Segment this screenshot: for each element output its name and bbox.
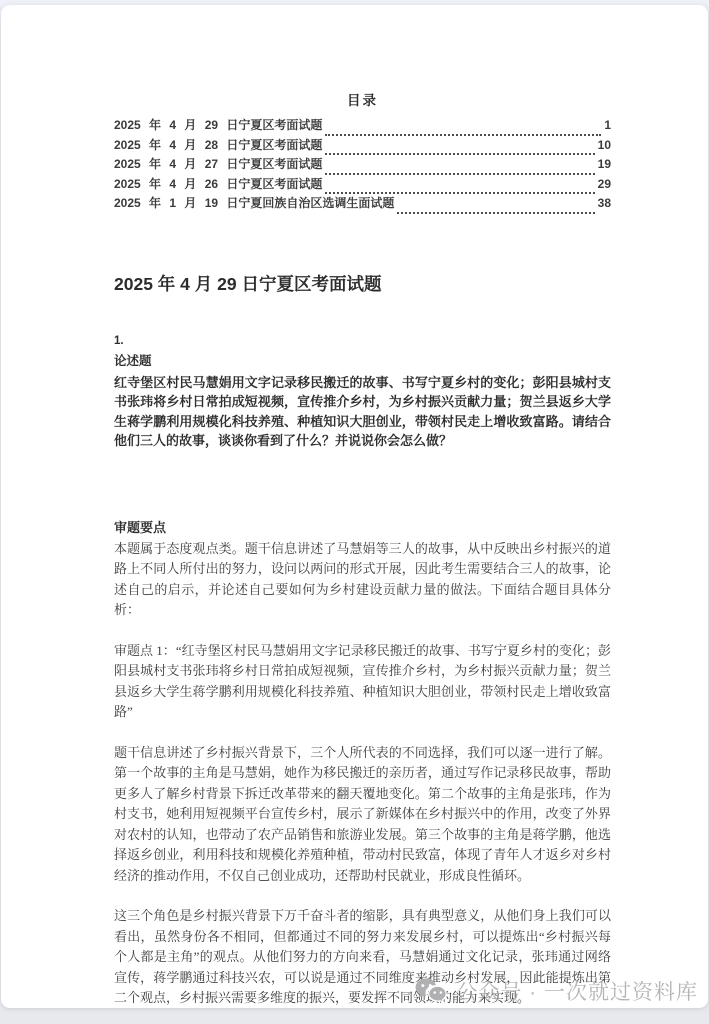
analysis-point-1: 审题点 1：“红寺堡区村民马慧娟用文字记录移民搬迁的故事、书写宁夏乡村的变化；彭… <box>114 641 611 723</box>
analysis-heading: 审题要点 <box>114 519 611 537</box>
toc-heading: 目录 <box>114 89 611 109</box>
toc-dot-leader <box>325 138 594 155</box>
toc-page-number: 19 <box>598 155 611 175</box>
table-of-contents: 目录 2025 年 4 月 29 日宁夏区考面试题 1 2025 年 4 月 2… <box>114 89 611 214</box>
toc-entry-label: 2025 年 4 月 29 日宁夏区考面试题 <box>114 116 322 136</box>
toc-page-number: 10 <box>598 136 611 156</box>
question-text: 红寺堡区村民马慧娟用文字记录移民搬迁的故事、书写宁夏乡村的变化；彭阳县城村支书张… <box>114 373 611 451</box>
footer-text: 公众号 · 一次就过资料库 <box>456 976 698 1006</box>
document-page: 目录 2025 年 4 月 29 日宁夏区考面试题 1 2025 年 4 月 2… <box>1 5 708 1008</box>
toc-entry-label: 2025 年 4 月 27 日宁夏区考面试题 <box>114 155 322 175</box>
toc-dot-leader <box>325 177 594 194</box>
toc-dot-leader <box>325 119 601 136</box>
toc-page-number: 38 <box>598 194 611 214</box>
toc-dot-leader <box>325 158 594 175</box>
section-title: 2025 年 4 月 29 日宁夏区考面试题 <box>114 272 611 296</box>
toc-page-number: 1 <box>604 116 611 136</box>
toc-entry: 2025 年 4 月 27 日宁夏区考面试题 19 <box>114 155 611 175</box>
question-type-label: 论述题 <box>114 353 611 370</box>
toc-entry-label: 2025 年 4 月 28 日宁夏区考面试题 <box>114 136 322 156</box>
toc-entry: 2025 年 4 月 26 日宁夏区考面试题 29 <box>114 175 611 195</box>
toc-entry-label: 2025 年 4 月 26 日宁夏区考面试题 <box>114 175 322 195</box>
toc-entry: 2025 年 1 月 19 日宁夏回族自治区选调生面试题 38 <box>114 194 611 214</box>
toc-entry: 2025 年 4 月 29 日宁夏区考面试题 1 <box>114 116 611 136</box>
toc-entry-label: 2025 年 1 月 19 日宁夏回族自治区选调生面试题 <box>114 194 394 214</box>
toc-dot-leader <box>397 197 594 214</box>
toc-entry: 2025 年 4 月 28 日宁夏区考面试题 10 <box>114 136 611 156</box>
question-number: 1. <box>114 334 611 349</box>
toc-page-number: 29 <box>598 175 611 195</box>
analysis-para-1: 题干信息讲述了乡村振兴背景下，三个人所代表的不同选择，我们可以逐一进行了解。第一… <box>114 743 611 887</box>
page-content: 目录 2025 年 4 月 29 日宁夏区考面试题 1 2025 年 4 月 2… <box>1 5 708 1009</box>
footer-watermark: 公众号 · 一次就过资料库 <box>414 976 698 1006</box>
wechat-icon <box>414 977 448 1005</box>
analysis-intro: 本题属于态度观点类。题干信息讲述了马慧娟等三人的故事，从中反映出乡村振兴的道路上… <box>114 539 611 621</box>
